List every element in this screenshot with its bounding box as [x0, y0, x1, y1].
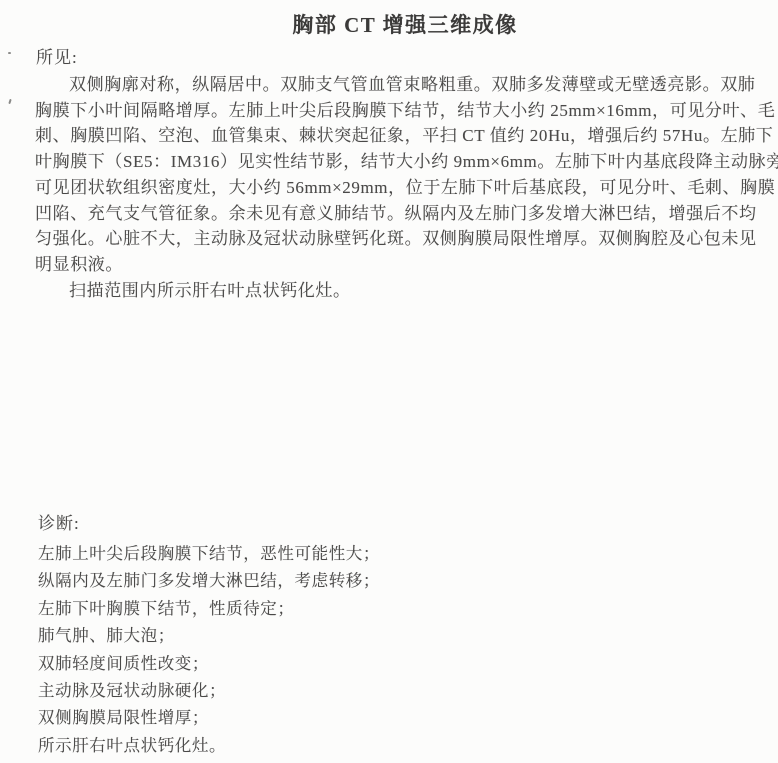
findings-line: 明显积液。: [35, 252, 751, 278]
diagnosis-item: 纵隔内及左肺门多发增大淋巴结，考虑转移；: [38, 567, 738, 594]
diagnosis-section-heading: 诊断:: [38, 509, 80, 534]
scan-artifact-speck: [8, 99, 11, 104]
diagnosis-item: 主动脉及冠状动脉硬化；: [38, 677, 738, 704]
report-title: 胸部 CT 增强三维成像: [0, 9, 778, 39]
scanned-ct-report-page: 胸部 CT 增强三维成像 所见: 双侧胸廓对称，纵隔居中。双肺支气管血管束略粗重…: [0, 0, 778, 763]
diagnosis-item: 肺气肿、肺大泡；: [38, 622, 738, 649]
diagnosis-item: 双肺轻度间质性改变；: [38, 650, 738, 677]
diagnosis-item: 左肺上叶尖后段胸膜下结节，恶性可能性大；: [38, 540, 738, 567]
findings-line: 双侧胸廓对称，纵隔居中。双肺支气管血管束略粗重。双肺多发薄壁或无壁透亮影。双肺: [35, 72, 751, 98]
findings-line: 匀强化。心脏不大，主动脉及冠状动脉壁钙化斑。双侧胸膜局限性增厚。双侧胸腔及心包未…: [35, 226, 751, 252]
findings-line: 胸膜下小叶间隔略增厚。左肺上叶尖后段胸膜下结节，结节大小约 25mm×16mm，…: [35, 98, 751, 124]
diagnosis-item: 所示肝右叶点状钙化灶。: [38, 732, 738, 759]
findings-line: 凹陷、充气支气管征象。余未见有意义肺结节。纵隔内及左肺门多发增大淋巴结，增强后不…: [35, 201, 751, 227]
findings-section-heading: 所见:: [36, 43, 78, 68]
diagnosis-list: 左肺上叶尖后段胸膜下结节，恶性可能性大； 纵隔内及左肺门多发增大淋巴结，考虑转移…: [38, 540, 738, 759]
findings-body: 双侧胸廓对称，纵隔居中。双肺支气管血管束略粗重。双肺多发薄壁或无壁透亮影。双肺 …: [35, 72, 751, 303]
findings-line: 刺、胸膜凹陷、空泡、血管集束、棘状突起征象，平扫 CT 值约 20Hu，增强后约…: [35, 123, 751, 149]
diagnosis-item: 左肺下叶胸膜下结节，性质待定；: [38, 595, 738, 622]
diagnosis-item: 双侧胸膜局限性增厚；: [38, 704, 738, 731]
findings-line: 叶胸膜下（SE5：IM316）见实性结节影，结节大小约 9mm×6mm。左肺下叶…: [35, 149, 751, 175]
findings-addendum-line: 扫描范围内所示肝右叶点状钙化灶。: [35, 278, 751, 304]
findings-line: 可见团状软组织密度灶，大小约 56mm×29mm，位于左肺下叶后基底段，可见分叶…: [35, 175, 751, 201]
scan-artifact-speck: [8, 52, 11, 54]
